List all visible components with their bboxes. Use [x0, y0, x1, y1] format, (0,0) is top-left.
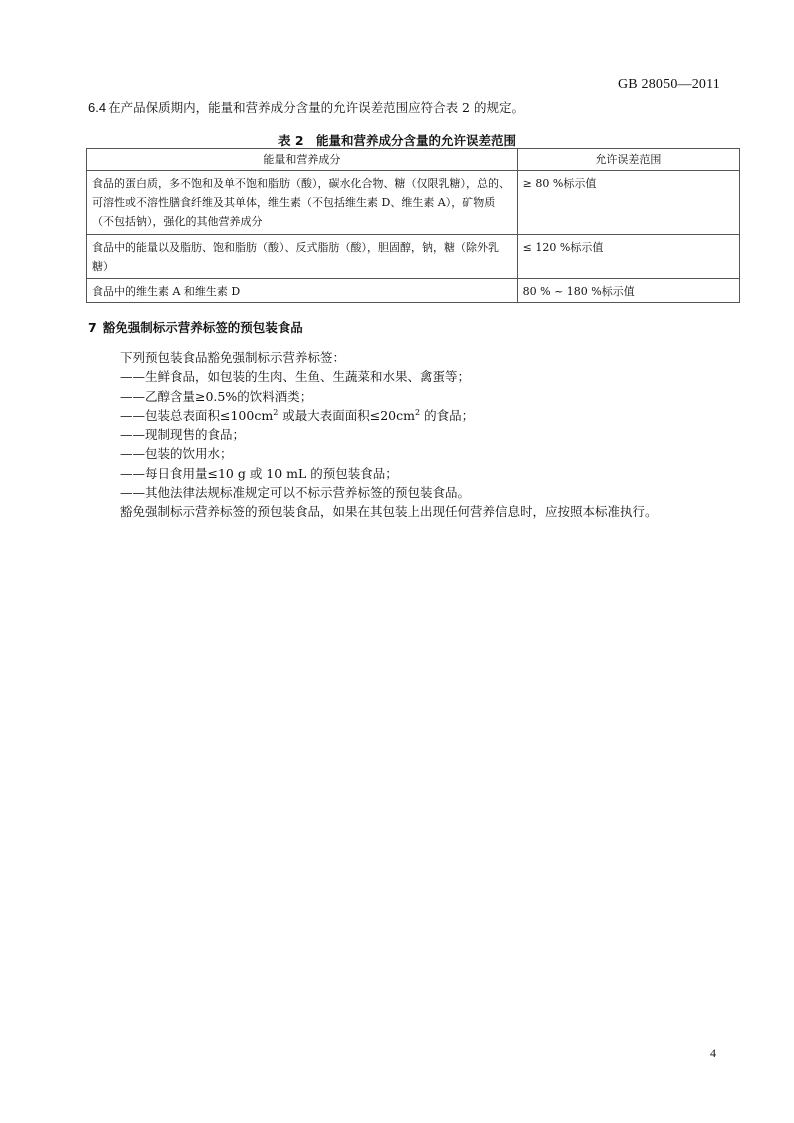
column-header-nutrient: 能量和营养成分 [87, 149, 518, 171]
section-title: 豁免强制标示营养标签的预包装食品 [103, 320, 303, 335]
standard-code: GB 28050—2011 [618, 77, 720, 93]
table-row: 食品中的能量以及脂肪、饱和脂肪（酸）、反式脂肪（酸），胆固醇，钠，糖（除外乳糖）… [87, 235, 740, 279]
table-header-row: 能量和营养成分 允许误差范围 [87, 149, 740, 171]
list-item: ——乙醇含量≥0.5%的饮料酒类； [120, 387, 658, 406]
list-item: ——其他法律法规标准规定可以不标示营养标签的预包装食品。 [120, 483, 658, 502]
intro-paragraph: 下列预包装食品豁免强制标示营养标签： [120, 348, 658, 367]
tolerance-cell: 80 % ~ 180 %标示值 [517, 279, 739, 303]
page-number: 4 [710, 1046, 716, 1061]
section-7-body: 下列预包装食品豁免强制标示营养标签： ——生鲜食品，如包装的生肉、生鱼、生蔬菜和… [120, 348, 658, 522]
table-row: 食品中的维生素 A 和维生素 D 80 % ~ 180 %标示值 [87, 279, 740, 303]
section-7-heading: 7豁免强制标示营养标签的预包装食品 [88, 318, 303, 336]
nutrient-cell: 食品中的能量以及脂肪、饱和脂肪（酸）、反式脂肪（酸），胆固醇，钠，糖（除外乳糖） [87, 235, 518, 279]
clause-text: 在产品保质期内，能量和营养成分含量的允许误差范围应符合表 2 的规定。 [108, 100, 524, 115]
list-item: ——生鲜食品，如包装的生肉、生鱼、生蔬菜和水果、禽蛋等； [120, 367, 658, 386]
list-item-part: 的食品； [420, 408, 474, 423]
tolerance-table: 能量和营养成分 允许误差范围 食品的蛋白质，多不饱和及单不饱和脂肪（酸），碳水化… [86, 148, 740, 303]
clause-6-4: 6.4在产品保质期内，能量和营养成分含量的允许误差范围应符合表 2 的规定。 [88, 98, 524, 116]
list-item: ——现制现售的食品； [120, 425, 658, 444]
nutrient-cell: 食品的蛋白质，多不饱和及单不饱和脂肪（酸），碳水化合物、糖（仅限乳糖），总的、可… [87, 171, 518, 235]
table-row: 食品的蛋白质，多不饱和及单不饱和脂肪（酸），碳水化合物、糖（仅限乳糖），总的、可… [87, 171, 740, 235]
list-item: ——每日食用量≤10 g 或 10 mL 的预包装食品； [120, 464, 658, 483]
tolerance-cell: ≥ 80 %标示值 [517, 171, 739, 235]
tolerance-cell: ≤ 120 %标示值 [517, 235, 739, 279]
section-number: 7 [88, 320, 97, 335]
table-title: 表 2 能量和营养成分含量的允许误差范围 [0, 131, 794, 149]
list-item-part: ——包装总表面积≤100cm [120, 408, 273, 423]
list-item: ——包装总表面积≤100cm2 或最大表面面积≤20cm2 的食品； [120, 406, 658, 425]
list-item-part: 或最大表面面积≤20cm [278, 408, 415, 423]
nutrient-cell: 食品中的维生素 A 和维生素 D [87, 279, 518, 303]
clause-number: 6.4 [88, 100, 106, 115]
closing-paragraph: 豁免强制标示营养标签的预包装食品，如果在其包装上出现任何营养信息时，应按照本标准… [120, 502, 658, 521]
column-header-tolerance: 允许误差范围 [517, 149, 739, 171]
list-item: ——包装的饮用水； [120, 444, 658, 463]
